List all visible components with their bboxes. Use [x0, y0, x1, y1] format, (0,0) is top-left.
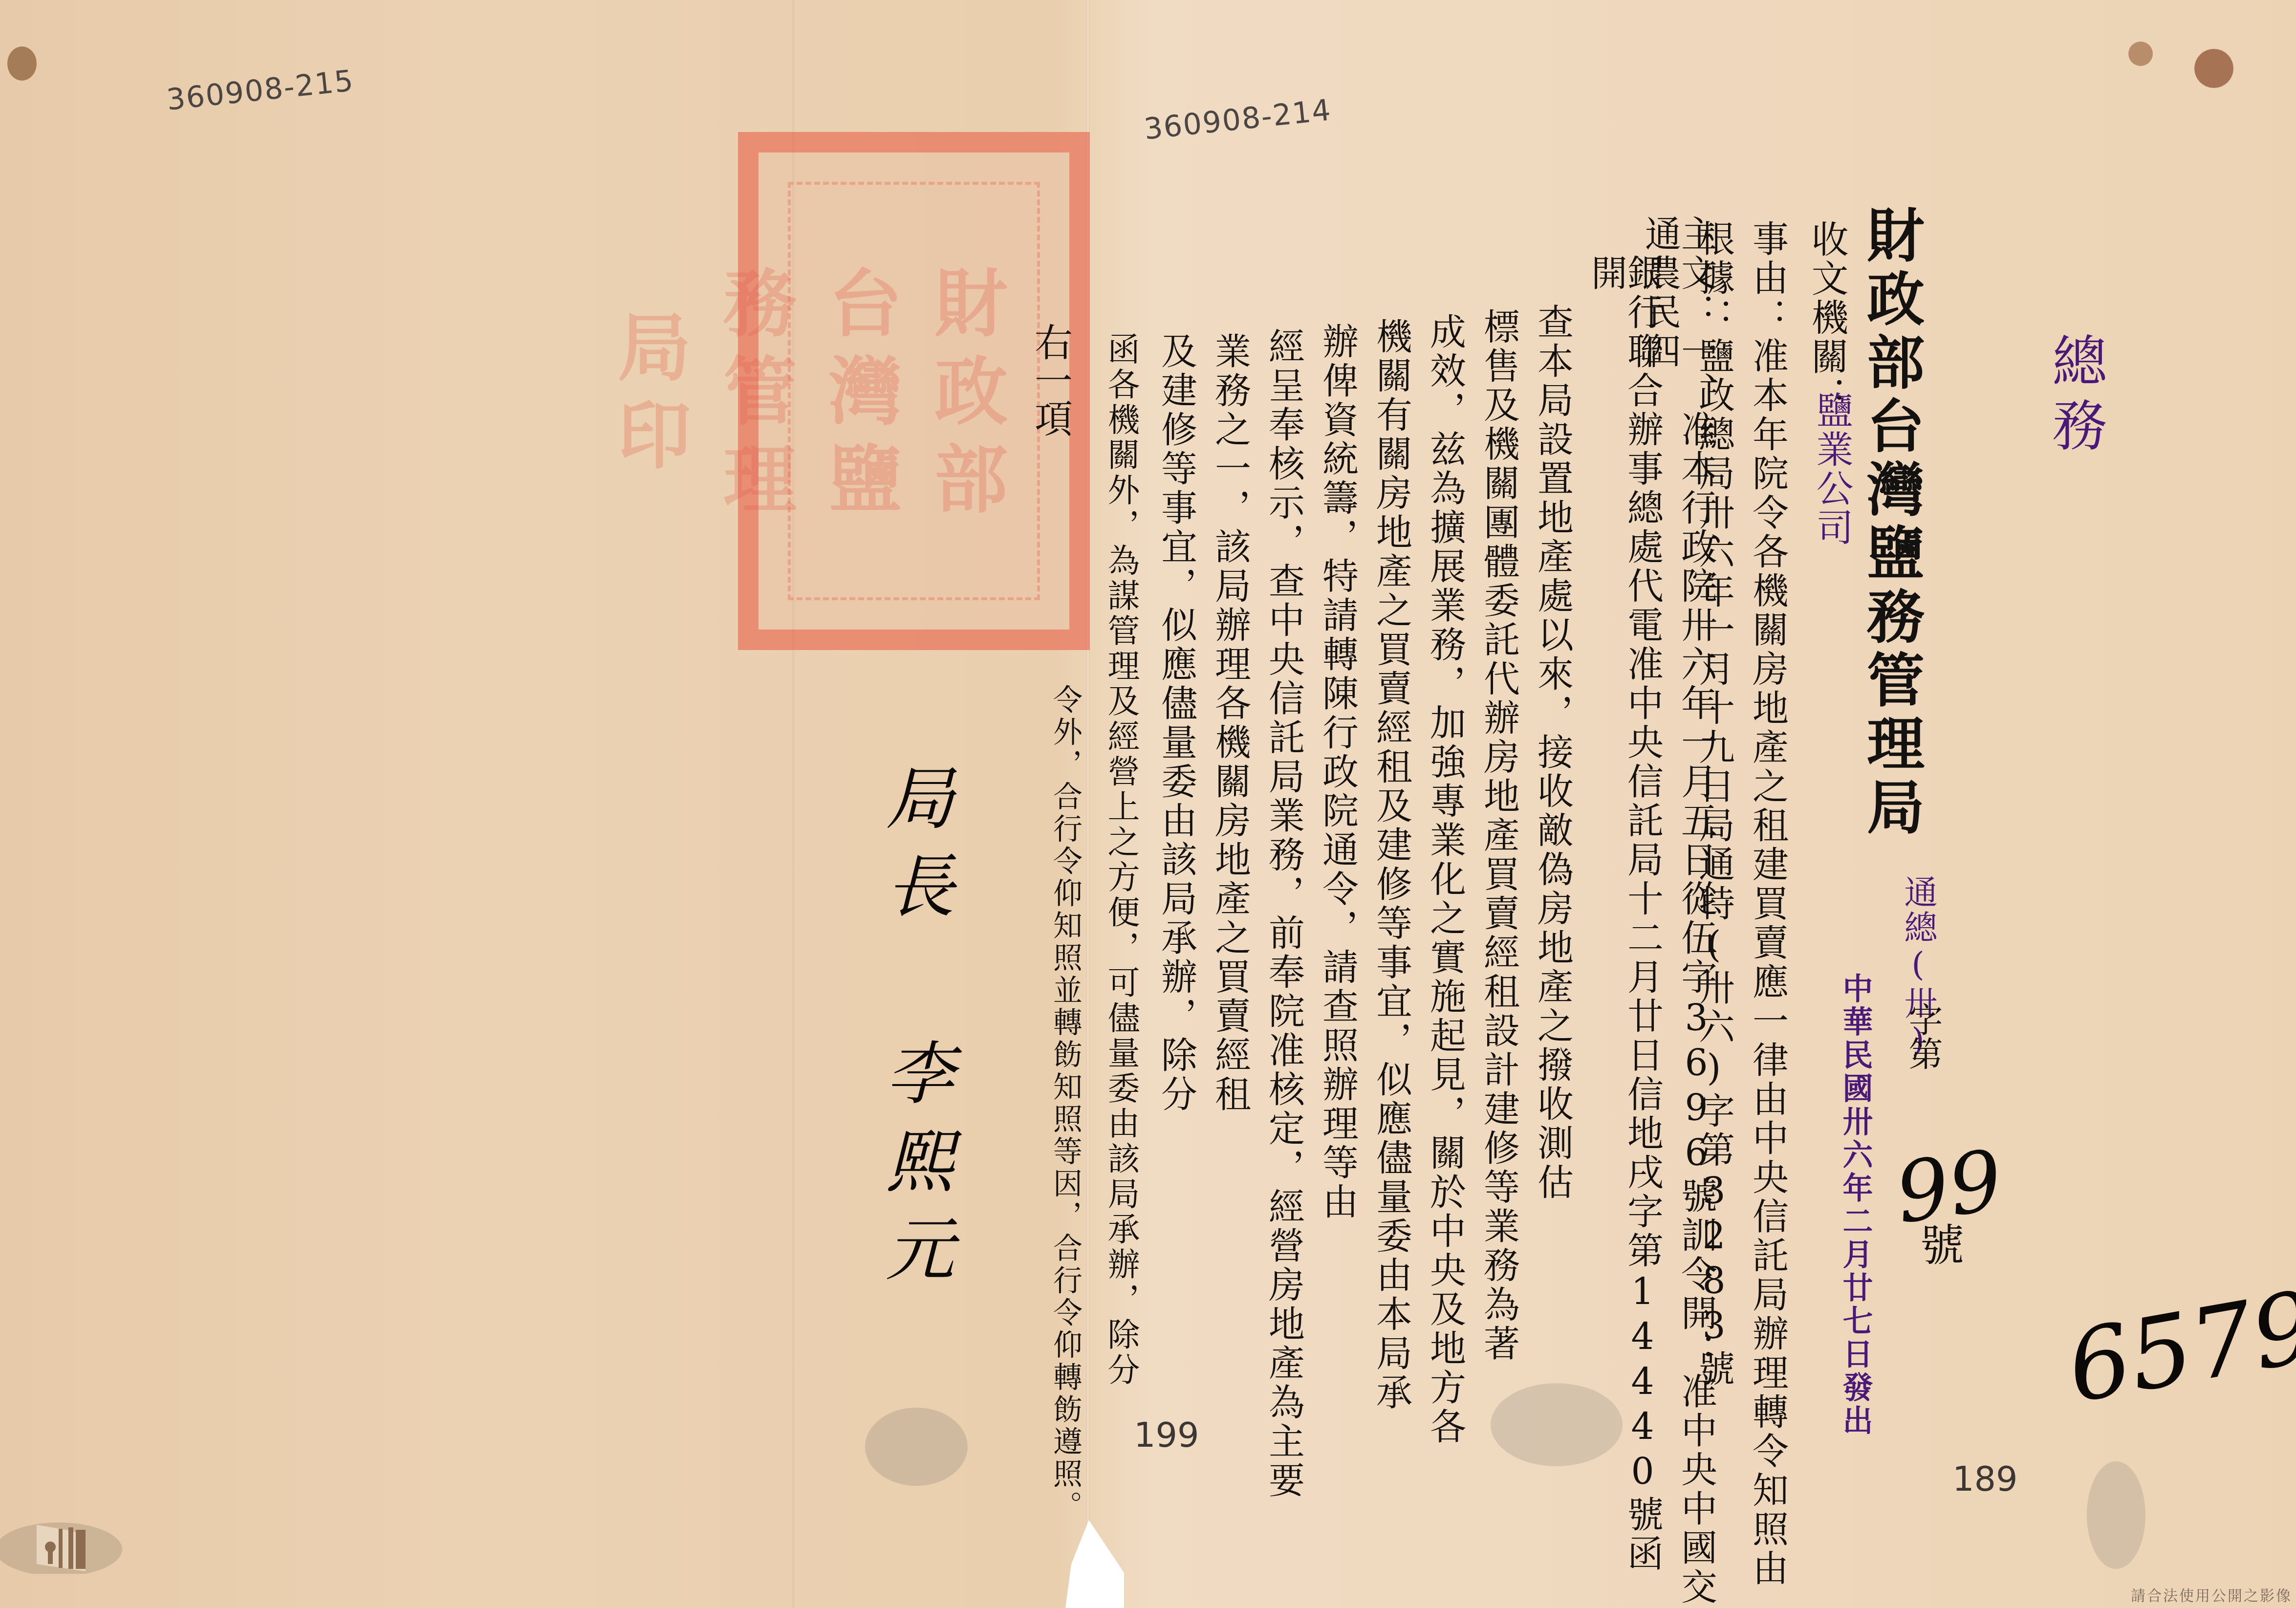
body-column-7: 成效，兹為擴展業務，加強專業化之實施起見，關於中央及地方各	[1427, 313, 1463, 1447]
stain-bottom-right	[2087, 1461, 2145, 1569]
recipient-stamp: 鹽業公司	[1813, 391, 1850, 547]
body-column-5: 查本局設置地產處以來，接收敵偽房地產之撥收測估	[1535, 303, 1571, 1202]
body-column-8: 機關有關房地產之買賣經租及建修等事宜，似應儘量委由本局承	[1373, 318, 1409, 1412]
stain-top-left	[7, 46, 37, 81]
issue-date-stamp: 中華民國卅六年二月廿七日發出	[1840, 973, 1870, 1438]
seal-text: 財政部台灣鹽務管理局印	[812, 226, 1018, 568]
stain-bottom-middle	[865, 1408, 968, 1486]
body-column-9: 辦俾資統籌，特請轉陳行政院通令，請查照辦理等由	[1320, 323, 1356, 1222]
stain-top-right-small	[2128, 42, 2153, 66]
usage-watermark: 請合法使用公開之影像	[2131, 1584, 2292, 1605]
stain-top-right	[2194, 49, 2233, 88]
body-column-4: 銀行聯合辦事總處代電准中央信託局十二月廿日信地戌字第14440號函開	[1588, 254, 1661, 1608]
body-column-6: 標售及機關團體委託代辦房地產買賣經租設計建修等業務為著	[1481, 308, 1517, 1364]
body-column-13: 函各機關外，為謀管理及經營上之方便，可儘量委由該局承辦，除分	[1105, 332, 1137, 1388]
recipient-label: 收文機關：	[1808, 220, 1845, 415]
archive-number: 6579	[2059, 1270, 2296, 1425]
issuing-office-title: 財政部台灣鹽務管理局	[1862, 205, 1920, 841]
document-number-suffix: 號	[1916, 1222, 1960, 1266]
archive-logo-icon	[0, 1510, 122, 1574]
body-column-12: 及建修等事宜，似應儘量委由該局承辦，除分	[1158, 332, 1194, 1114]
body-column-10: 經呈奉核示，查中央信託局業務，前奉院准核定，經營房地產為主要	[1266, 327, 1302, 1500]
margin-note: 右一項	[1031, 323, 1069, 437]
document-number-prefix: 字第	[1906, 1002, 1940, 1070]
page-number-right: 189	[1952, 1459, 2018, 1499]
paper-tear	[1065, 1520, 1124, 1608]
department-stamp: 總務	[2048, 332, 2102, 461]
pencil-reference-left: 360908-215	[165, 64, 355, 117]
page-number-left: 199	[1134, 1415, 1199, 1455]
pencil-reference-right: 360908-214	[1142, 93, 1333, 147]
body-column-14: 令外，合行令仰知照並轉飭知照等因，合行令仰轉飭遵照。	[1051, 684, 1080, 1523]
body-column-1: 事由：准本年院令各機關房地產之租建買賣應一律由中央信託局辦理轉令知照由	[1750, 220, 1786, 1588]
body-column-11: 業務之一，該局辦理各機關房地產之買賣經租	[1212, 332, 1248, 1114]
director-signature: 局長 李熙元	[880, 762, 948, 1302]
